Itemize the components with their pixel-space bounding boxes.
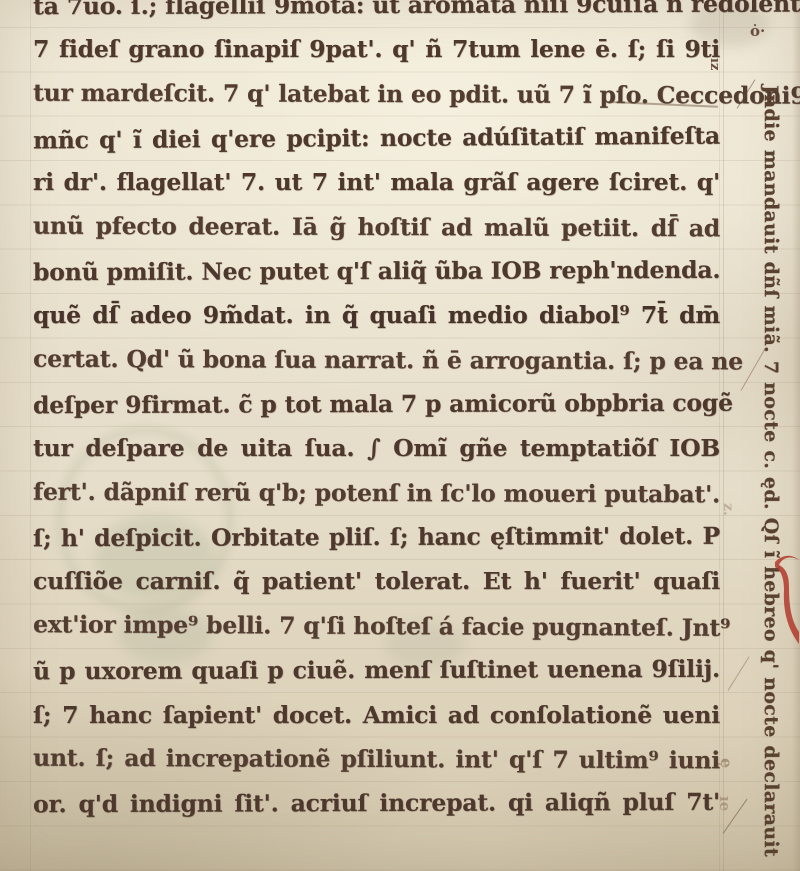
text-line: unt. ſ; ad increpationẽ pſiliunt. int' q… (33, 736, 720, 783)
text-line: quẽ dſ̄ adeo 9m̃dat. in q̃ quaſi medio d… (33, 293, 720, 337)
vertical-margin-gloss: Jndie mandauit dñſ miã. 7 nocte c. ęd. Q… (750, 85, 790, 857)
text-line: certat. Qd' ũ bona ſua narrat. ñ ē arrog… (33, 336, 720, 383)
text-line: tur mardeſcit. 7 q' latebat in eo pdit. … (33, 70, 720, 117)
vertical-crease (723, 0, 724, 871)
main-text-block: ta 7uo. ſ.; flagelliſ 9mota: ut aromata … (33, 0, 720, 826)
text-line: deſper 9firmat. c̃ p tot mala 7 p amicor… (33, 381, 720, 428)
text-line: mñc q' ĩ diei q'ere pcipit: nocte adúſit… (33, 114, 720, 163)
text-line: ũ p uxorem quaſi p ciuẽ. menſ ſuſtinet u… (33, 647, 720, 694)
red-initial-fragment (774, 554, 800, 646)
text-line: or. q'd indigni ſit'. acriuſ increpat. q… (33, 780, 720, 827)
page-edge-shadow (792, 0, 800, 871)
bleedthrough-letter: ę (717, 758, 736, 768)
text-line: unũ pfecto deerat. Iā g̃ hoſtiſ ad malũ … (33, 203, 720, 250)
text-line: cuſſiõe carniſ. q̃ patient' tolerat. Et … (33, 559, 720, 603)
text-line: ſ; h' deſpicit. Orbitate pliſ. ſ; hanc ę… (33, 514, 720, 561)
text-line: tur deſpare de uita ſua. ∫ Omĩ gñe tempt… (33, 426, 720, 470)
text-line: fert'. dãpniſ rerũ q'b; potenſ in ſc'lo … (33, 469, 720, 516)
signe-de-renvoi-mark: ȯ· (750, 22, 765, 40)
manuscript-page: ta 7uo. ſ.; flagelliſ 9mota: ut aromata … (0, 0, 800, 871)
bleedthrough-letter: ıe (716, 796, 734, 811)
left-bounding-rule (30, 0, 31, 871)
text-line: 7 fideſ grano ſinapiſ 9pat'. q' ñ 7tum l… (33, 27, 720, 71)
text-line: bonũ pmiſit. Nec putet q'ſ aliq̃ ũba IOB… (33, 248, 720, 295)
text-line: ri dr'. flagellat' 7. ut 7 int' mala grã… (33, 160, 720, 204)
text-line: ext'ior impe⁹ belli. 7 q'ſi hoſteſ á fac… (33, 602, 720, 650)
text-line: ſ; 7 hanc ſapient' docet. Amici ad conſo… (33, 693, 720, 737)
margin-tie-mark: ız (707, 58, 722, 70)
text-line-clipped: ta 7uo. ſ.; flagelliſ 9mota: ut aromata … (33, 0, 720, 29)
bleedthrough-letter: z. (720, 503, 736, 516)
